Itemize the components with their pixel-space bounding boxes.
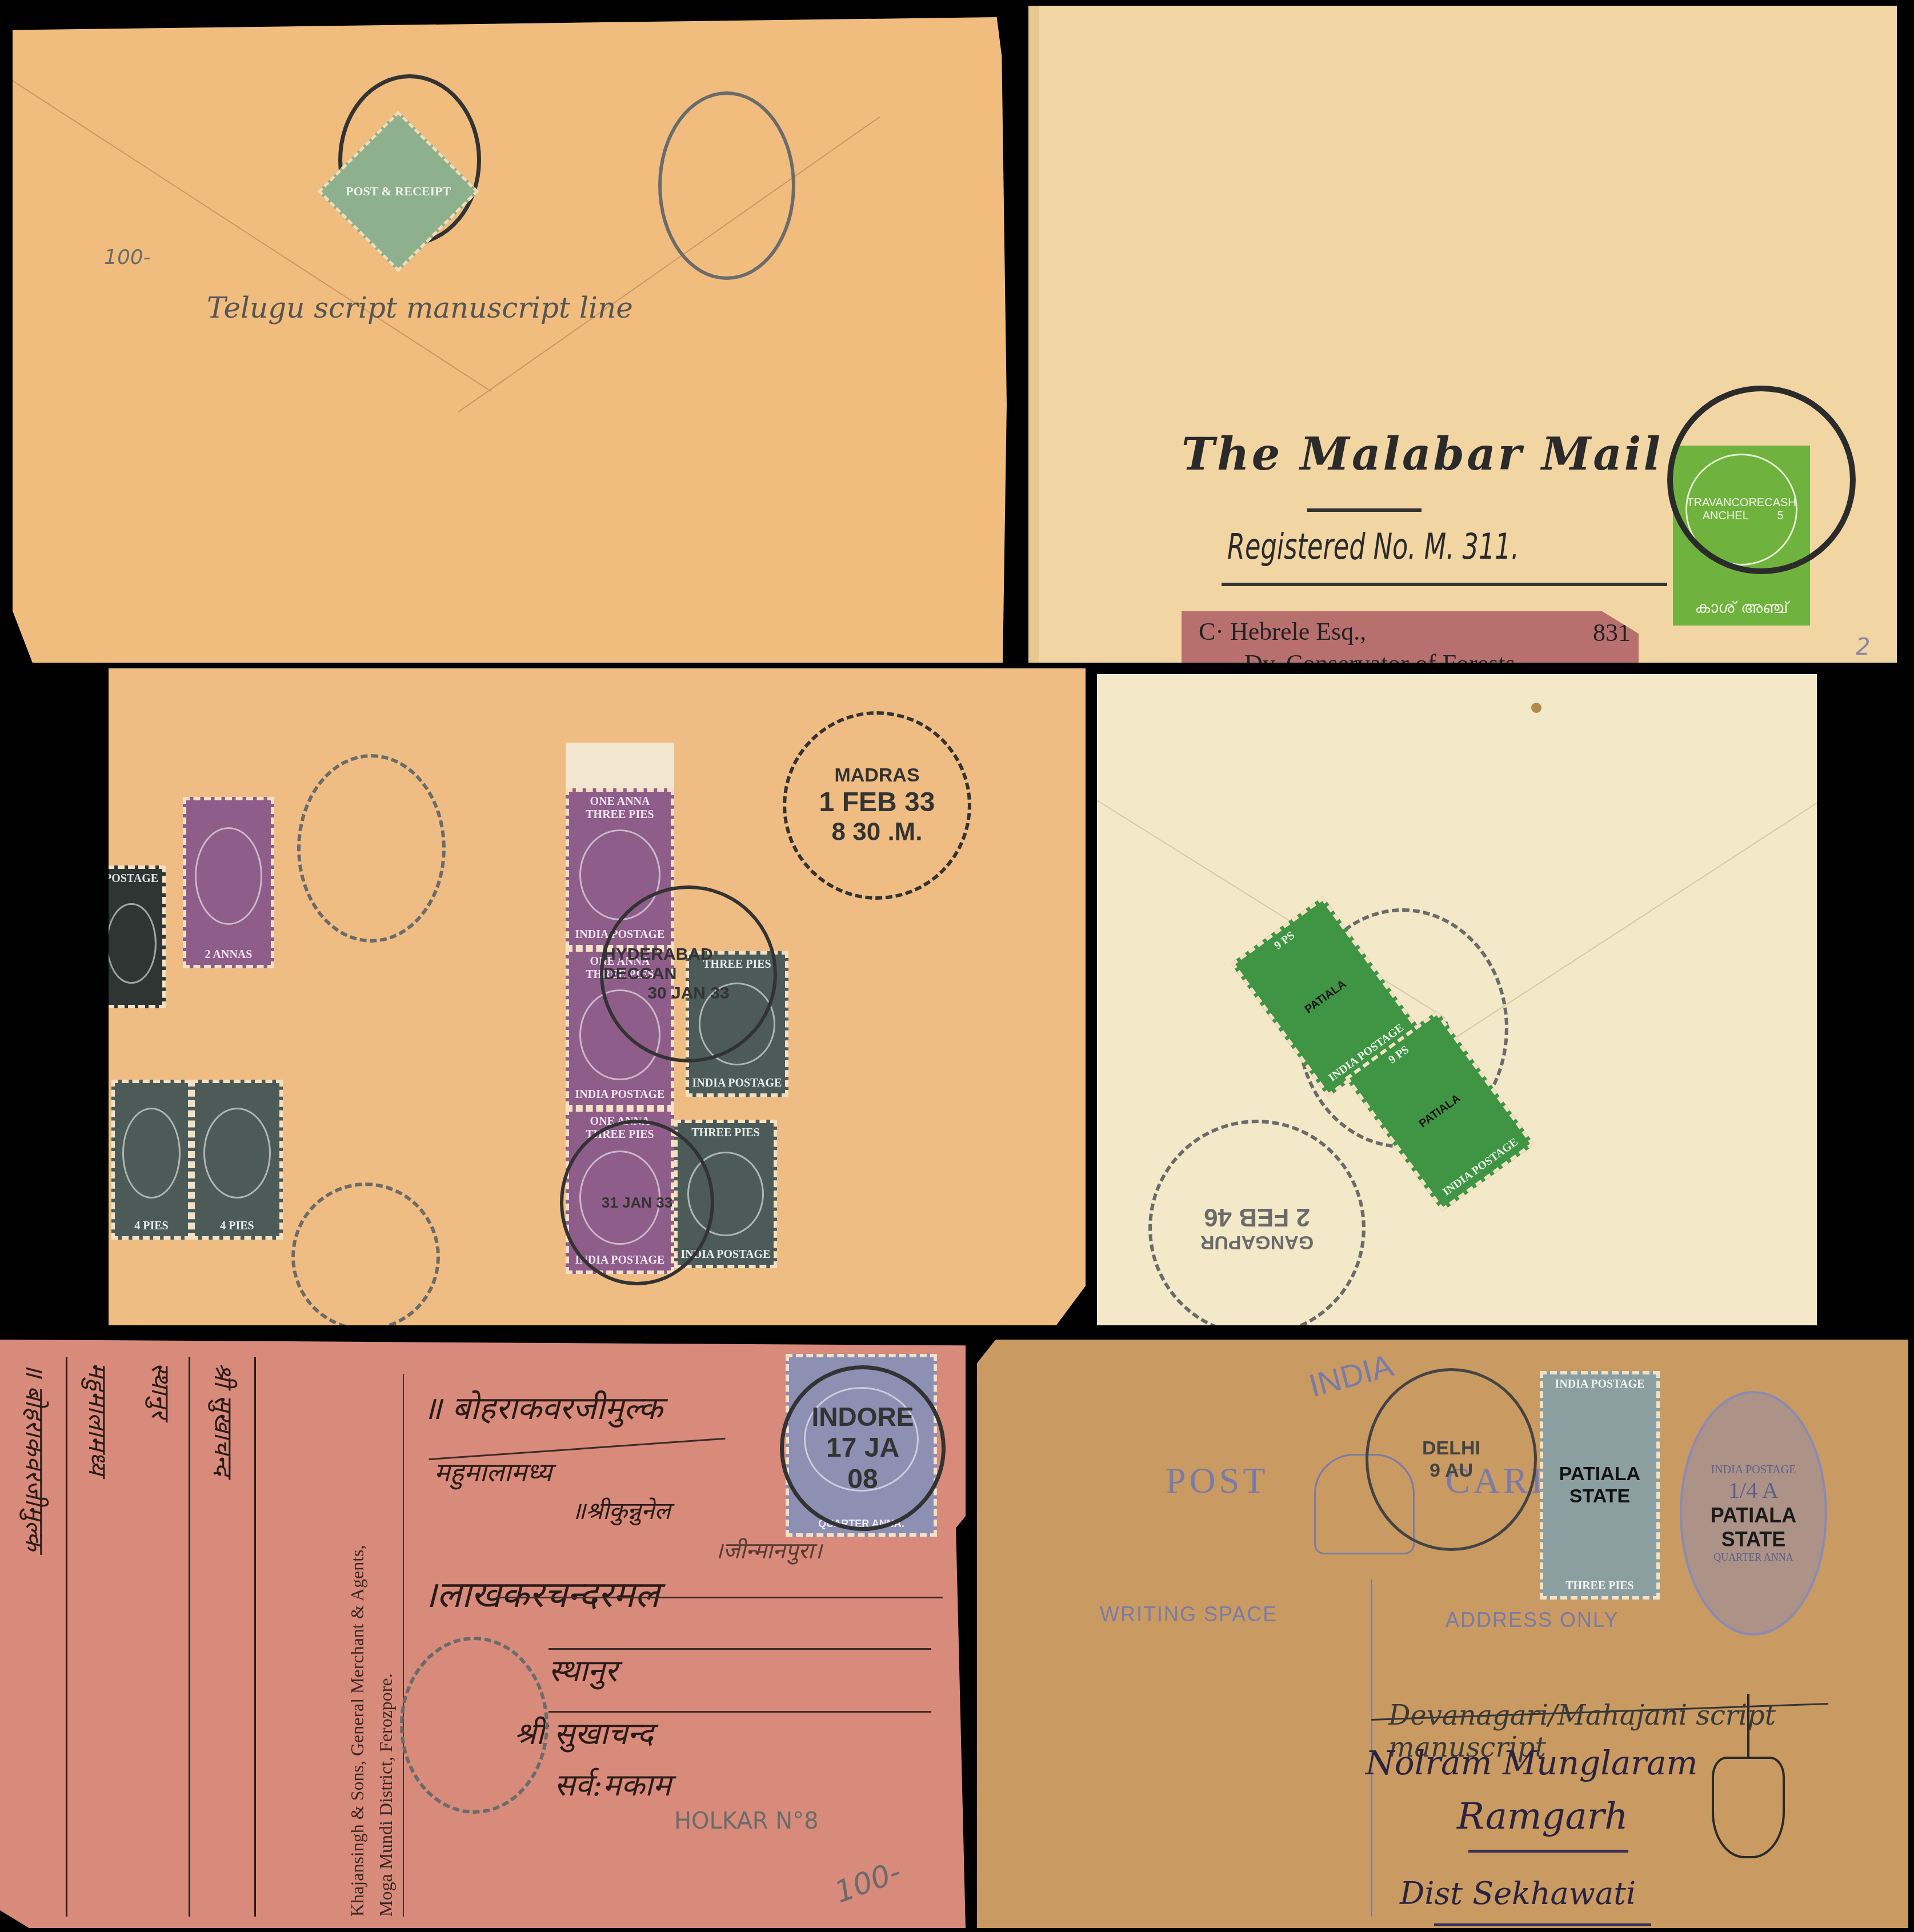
address-line: महुमालामध्य xyxy=(434,1454,552,1489)
printed-merchant-imprint: Khajansingh & Sons, General Merchant & A… xyxy=(343,1374,400,1917)
postmark-madras: MADRAS 1 FEB 33 8 30 .M. xyxy=(783,711,971,900)
address-line: ॥श्रीकुन्नुनेल xyxy=(571,1494,671,1526)
card-divider xyxy=(403,1374,404,1917)
postmark-hyderabad-deccan: 31 JAN 33 xyxy=(560,1120,714,1285)
ruled-line xyxy=(548,1648,931,1650)
hyderabad-madras-cover: POSTAGE 2 ANNAS 4 PIES 4 PIES ONE ANNA T… xyxy=(109,668,1086,1325)
pencil-note: 2 xyxy=(1856,634,1870,660)
sheet-margin xyxy=(566,743,674,788)
ruled-line xyxy=(548,1711,931,1713)
registered-number: Registered No. M. 311. xyxy=(1227,526,1519,567)
message-column: महुमालामध्य xyxy=(80,1362,114,1911)
card-heading-india: INDIA xyxy=(1305,1346,1397,1404)
rule xyxy=(1307,508,1422,512)
postmark-hyderabad-deccan: HYDERABAD DECCAN 30 JAN 33 xyxy=(600,885,777,1063)
postmark-transit xyxy=(400,1637,548,1814)
address-line: सर्व:मकाम xyxy=(554,1762,671,1805)
ruled-line xyxy=(497,1597,943,1598)
stamp-india-3-pies-patiala: INDIA POSTAGE PATIALA STATE THREE PIES xyxy=(1540,1371,1660,1600)
postmark-delhi: DELHI 9 AU xyxy=(1366,1368,1537,1551)
stain xyxy=(1531,703,1541,713)
address-only-label: ADDRESS ONLY xyxy=(1445,1608,1619,1632)
message-column: स्थानुर xyxy=(143,1362,177,1911)
address-town: Ramgarh xyxy=(1457,1795,1628,1838)
message-column: श्री सुखाचन्द xyxy=(206,1362,240,1911)
pencil-catalogue-note: HOLKAR N°8 xyxy=(674,1808,819,1834)
ruled-line xyxy=(254,1357,256,1917)
ruled-line xyxy=(189,1357,190,1917)
stamp-hyderabad-black: POSTAGE xyxy=(109,865,166,1008)
postmark-indore: INDORE 17 JA 08 xyxy=(780,1365,946,1531)
underline xyxy=(1468,1850,1628,1853)
postmark-urdu-receiving xyxy=(658,91,795,280)
stamp-hyderabad-2-annas: 2 ANNAS xyxy=(183,797,274,968)
pencil-price: 100- xyxy=(104,246,151,269)
address-label: C· Hebrele Esq., Dy. Conservator of Fore… xyxy=(1182,611,1639,663)
stamp-malayalam-value: കാശ് അഞ്ച് xyxy=(1695,598,1788,618)
patiala-cover: BHATINDA 9 PS PATIALA INDIA POSTAGE 9 PS… xyxy=(1097,674,1817,1325)
malabar-mail-wrapper: The Malabar Mail Registered No. M. 311. … xyxy=(1028,6,1897,663)
card-heading-post: POST xyxy=(1166,1460,1269,1502)
stamp-hyderabad-4-pies: 4 PIES xyxy=(111,1080,191,1240)
address-line: ।जीन्मानपुरा। xyxy=(714,1534,822,1565)
address-line: ।लाखकरचन्दरमल xyxy=(423,1568,659,1618)
postmark-gangapur: GANGAPUR 2 FEB 46 xyxy=(1148,1120,1366,1325)
manuscript-line: Telugu script manuscript line xyxy=(207,291,633,324)
postmark-malayalam xyxy=(1667,386,1856,574)
pencil-price: 100- xyxy=(830,1855,905,1910)
postmark-urdu-faint xyxy=(291,1183,440,1325)
postmark-urdu-faint xyxy=(297,754,446,943)
patiala-postcard: INDIA POST CARD WRITING SPACE ADDRESS ON… xyxy=(977,1340,1908,1928)
rule xyxy=(1222,583,1667,586)
writing-space-label: WRITING SPACE xyxy=(1100,1602,1278,1626)
imprinted-stamp-quarter-anna: INDIA POSTAGE 1/4 A PATIALA STATE QUARTE… xyxy=(1680,1391,1827,1636)
indore-postcard: ॥ बोहराकवरजीमुल्क महुमालामध्य स्थानुर श्… xyxy=(0,1340,966,1928)
addressee-title: Dy. Conservator of Forests, xyxy=(1244,649,1521,663)
address-district: Dist Sekhawati xyxy=(1400,1875,1636,1911)
masthead: The Malabar Mail xyxy=(1182,428,1663,480)
address-line: स्थानुर xyxy=(548,1648,617,1690)
addressee: C· Hebrele Esq., xyxy=(1199,617,1366,646)
message-column: ॥ बोहराकवरजीमुल्क xyxy=(17,1362,51,1911)
address-line: ॥ बोहराकवरजीमुल्क xyxy=(423,1385,663,1429)
stamp-hyderabad-4-pies: 4 PIES xyxy=(191,1080,283,1240)
underline xyxy=(1434,1923,1651,1926)
addressee-name: Nolram Munglaram xyxy=(1366,1743,1698,1782)
hyderabad-envelope: POST & RECEIPT 100- Telugu script manusc… xyxy=(13,17,1007,663)
ruled-line xyxy=(66,1357,67,1917)
subscriber-number: 831 xyxy=(1593,618,1631,647)
